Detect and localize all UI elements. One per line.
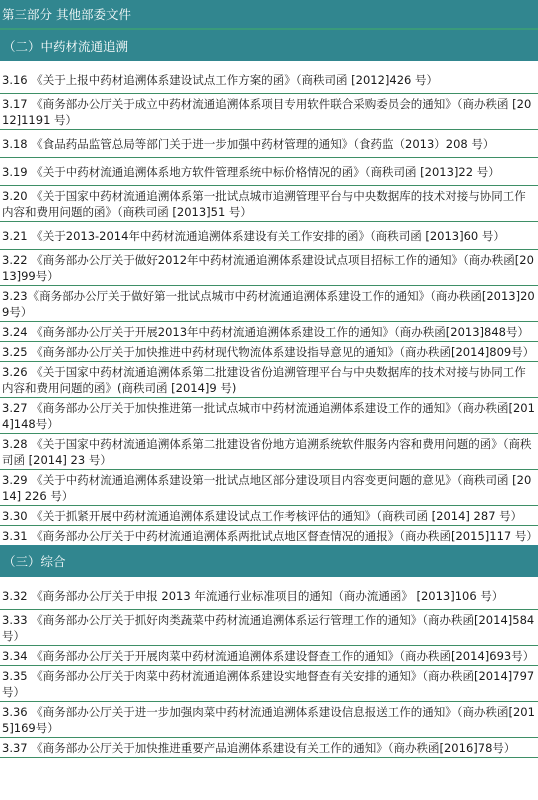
item-text: 3.17 《商务部办公厅关于成立中药材流通追溯体系项目专用软件联合采购委员会的通… xyxy=(2,97,531,127)
section-header-general: （三）综合 xyxy=(0,545,538,577)
item-text: 3.31 《商务部办公厅关于中药材流通追溯体系两批试点地区督查情况的通报》（商办… xyxy=(2,529,538,543)
item-text: 3.24 《商务部办公厅关于开展2013年中药材流通追溯体系建设工作的通知》（商… xyxy=(2,325,529,339)
part-title-bar: 第三部分 其他部委文件 xyxy=(0,0,538,30)
item-text: 3.27 《商务部办公厅关于加快推进第一批试点城市中药材流通追溯体系建设工作的通… xyxy=(2,401,535,431)
part-title: 第三部分 其他部委文件 xyxy=(2,5,131,23)
item-text: 3.36 《商务部办公厅关于进一步加强肉菜中药材流通追溯体系建设信息报送工作的通… xyxy=(2,705,535,735)
item-text: 3.37 《商务部办公厅关于加快推进重要产品追溯体系建设有关工作的通知》（商办秩… xyxy=(2,741,515,755)
list-item: 3.30 《关于抓紧开展中药材流通追溯体系建设试点工作考核评估的通知》（商秩司函… xyxy=(0,506,538,526)
item-text: 3.19 《关于中药材流通追溯体系地方软件管理系统中标价格情况的函》（商秩司函 … xyxy=(2,164,500,180)
list-item: 3.32 《商务部办公厅关于申报 2013 年流通行业标准项目的通知（商办流通函… xyxy=(0,582,538,610)
list-item: 3.35 《商务部办公厅关于肉菜中药材流通追溯体系建设实地督查有关安排的通知》（… xyxy=(0,666,538,702)
item-text: 3.34 《商务部办公厅关于开展肉菜中药材流通追溯体系建设督查工作的通知》（商办… xyxy=(2,649,534,663)
list-item: 3.27 《商务部办公厅关于加快推进第一批试点城市中药材流通追溯体系建设工作的通… xyxy=(0,398,538,434)
item-text: 3.35 《商务部办公厅关于肉菜中药材流通追溯体系建设实地督查有关安排的通知》（… xyxy=(2,669,534,699)
item-text: 3.33 《商务部办公厅关于抓好肉类蔬菜中药材流通追溯体系运行管理工作的通知》（… xyxy=(2,613,534,643)
item-text: 3.30 《关于抓紧开展中药材流通追溯体系建设试点工作考核评估的通知》（商秩司函… xyxy=(2,509,522,523)
list-item: 3.18 《食品药品监管总局等部门关于进一步加强中药材管理的通知》（食药监（20… xyxy=(0,130,538,158)
section-header-traceability: （二）中药材流通追溯 xyxy=(0,30,538,61)
item-text: 3.23《商务部办公厅关于做好第一批试点城市中药材流通追溯体系建设工作的通知》（… xyxy=(2,289,535,319)
item-text: 3.18 《食品药品监管总局等部门关于进一步加强中药材管理的通知》（食药监（20… xyxy=(2,136,494,152)
item-text: 3.32 《商务部办公厅关于申报 2013 年流通行业标准项目的通知（商办流通函… xyxy=(2,588,503,604)
list-item: 3.23《商务部办公厅关于做好第一批试点城市中药材流通追溯体系建设工作的通知》（… xyxy=(0,286,538,322)
list-item: 3.20 《关于国家中药材流通追溯体系第一批试点城市追溯管理平台与中央数据库的技… xyxy=(0,186,538,222)
list-item: 3.22 《商务部办公厅关于做好2012年中药材流通追溯体系建设试点项目招标工作… xyxy=(0,250,538,286)
item-text: 3.28 《关于国家中药材流通追溯体系第二批建设省份地方追溯系统软件服务内容和费… xyxy=(2,437,532,467)
list-item: 3.21 《关于2013-2014年中药材流通追溯体系建设有关工作安排的函》（商… xyxy=(0,222,538,250)
section-title: （二）中药材流通追溯 xyxy=(3,37,128,55)
list-item: 3.36 《商务部办公厅关于进一步加强肉菜中药材流通追溯体系建设信息报送工作的通… xyxy=(0,702,538,738)
list-item: 3.17 《商务部办公厅关于成立中药材流通追溯体系项目专用软件联合采购委员会的通… xyxy=(0,94,538,130)
item-text: 3.22 《商务部办公厅关于做好2012年中药材流通追溯体系建设试点项目招标工作… xyxy=(2,253,534,283)
section-title: （三）综合 xyxy=(3,552,66,570)
list-item: 3.24 《商务部办公厅关于开展2013年中药材流通追溯体系建设工作的通知》（商… xyxy=(0,322,538,342)
list-item: 3.37 《商务部办公厅关于加快推进重要产品追溯体系建设有关工作的通知》（商办秩… xyxy=(0,738,538,758)
item-text: 3.21 《关于2013-2014年中药材流通追溯体系建设有关工作安排的函》（商… xyxy=(2,228,505,244)
item-text: 3.16 《关于上报中药材追溯体系建设试点工作方案的函》（商秩司函 [2012]… xyxy=(2,72,438,88)
list-item: 3.28 《关于国家中药材流通追溯体系第二批建设省份地方追溯系统软件服务内容和费… xyxy=(0,434,538,470)
item-text: 3.20 《关于国家中药材流通追溯体系第一批试点城市追溯管理平台与中央数据库的技… xyxy=(2,189,526,219)
item-text: 3.25 《商务部办公厅关于加快推进中药材现代物流体系建设指导意见的通知》（商办… xyxy=(2,345,534,359)
list-item: 3.33 《商务部办公厅关于抓好肉类蔬菜中药材流通追溯体系运行管理工作的通知》（… xyxy=(0,610,538,646)
list-item: 3.31 《商务部办公厅关于中药材流通追溯体系两批试点地区督查情况的通报》（商办… xyxy=(0,526,538,545)
list-item: 3.16 《关于上报中药材追溯体系建设试点工作方案的函》（商秩司函 [2012]… xyxy=(0,66,538,94)
document-page: 第三部分 其他部委文件 （二）中药材流通追溯 3.16 《关于上报中药材追溯体系… xyxy=(0,0,538,758)
item-text: 3.26 《关于国家中药材流通追溯体系第二批建设省份追溯管理平台与中央数据库的技… xyxy=(2,365,526,395)
list-item: 3.19 《关于中药材流通追溯体系地方软件管理系统中标价格情况的函》（商秩司函 … xyxy=(0,158,538,186)
item-text: 3.29 《关于中药材流通追溯体系建设第一批试点地区部分建设项目内容变更问题的意… xyxy=(2,473,531,503)
list-item: 3.29 《关于中药材流通追溯体系建设第一批试点地区部分建设项目内容变更问题的意… xyxy=(0,470,538,506)
list-item: 3.25 《商务部办公厅关于加快推进中药材现代物流体系建设指导意见的通知》（商办… xyxy=(0,342,538,362)
list-item: 3.26 《关于国家中药材流通追溯体系第二批建设省份追溯管理平台与中央数据库的技… xyxy=(0,362,538,398)
list-item: 3.34 《商务部办公厅关于开展肉菜中药材流通追溯体系建设督查工作的通知》（商办… xyxy=(0,646,538,666)
